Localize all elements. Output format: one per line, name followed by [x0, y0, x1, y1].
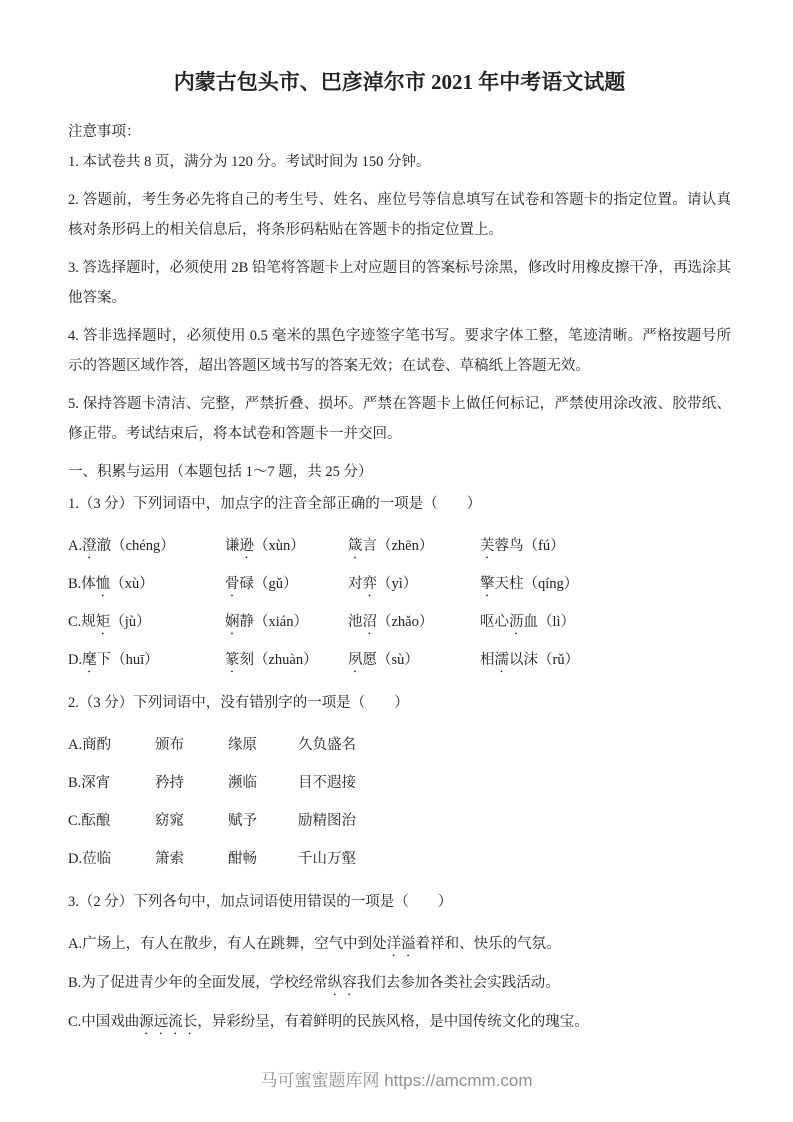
option-row: D.莅临箫索酣畅千山万壑 [68, 844, 731, 875]
word-pre: 相 [480, 652, 495, 668]
option-cell: 励精图治 [298, 806, 356, 837]
option-list: A.商酌颁布缘原久负盛名B.深宵矜持濒临目不遐接C.酝酿窈窕赋予励精图治D.莅临… [68, 730, 731, 875]
word-post: 愿（sù） [363, 652, 419, 668]
option-label: C. [68, 1014, 81, 1030]
option-cell: 缘原 [228, 730, 298, 761]
option-cell: 久负盛名 [298, 730, 356, 761]
emphasized-text: 沥 [509, 614, 524, 630]
emphasized-text: 擎 [480, 576, 495, 592]
question-stem: 1.（3 分）下列词语中，加点字的注音全部正确的一项是（ ） [68, 489, 731, 519]
word-pre: 励精图治 [298, 813, 356, 829]
word-pre: 酝酿 [81, 813, 110, 829]
word-pre: 箫索 [155, 851, 184, 867]
option-cell: 濒临 [228, 768, 298, 799]
word-pre: 体 [81, 576, 96, 592]
note-item: 4. 答非选择题时，必须使用 0.5 毫米的黑色字迹签字笔书写。要求字体工整，笔… [68, 321, 731, 381]
word-post: 以沫（rǔ） [509, 652, 579, 668]
option-cell: 芙蓉鸟（fú） [480, 531, 565, 562]
page-title: 内蒙古包头市、巴彦淖尔市 2021 年中考语文试题 [68, 67, 731, 97]
word-post: （xùn） [254, 538, 305, 554]
option-label: A. [68, 936, 82, 952]
word-post: （zhǎo） [377, 614, 433, 630]
option-cell: B.体恤（xù） [68, 569, 225, 600]
questions: 1.（3 分）下列词语中，加点字的注音全部正确的一项是（ ）A.澄澈（chéng… [68, 489, 731, 1038]
word-post: 澈（chéng） [97, 538, 175, 554]
question-stem: 3.（2 分）下列各句中，加点词语使用错误的一项是（ ） [68, 887, 731, 917]
option-row: A.广场上，有人在散步，有人在跳舞，空气中到处洋溢着祥和、快乐的气氛。 [68, 929, 731, 960]
word-post: 下（huī） [97, 652, 159, 668]
option-cell: 箫索 [155, 844, 228, 875]
word-post: 静（xián） [240, 614, 308, 630]
word-post: （yì） [377, 576, 417, 592]
note-item: 3. 答选择题时，必须使用 2B 铅笔将答题卡上对应题目的答案标号涂黑，修改时用… [68, 253, 731, 313]
option-label: B. [68, 775, 81, 791]
option-label: C. [68, 813, 81, 829]
sentence-post: ，异彩纷呈，有着鲜明的民族风格，是中国传统文化的瑰宝。 [197, 1014, 589, 1030]
emphasized-text: 恤 [96, 576, 111, 592]
word-pre: 千山万壑 [298, 851, 356, 867]
option-label: D. [68, 652, 82, 668]
word-post: 天柱（qíng） [495, 576, 579, 592]
notes-list: 1. 本试卷共 8 页，满分为 120 分。考试时间为 150 分钟。2. 答题… [68, 147, 731, 449]
option-cell: C.酝酿 [68, 806, 155, 837]
question-block: 1.（3 分）下列词语中，加点字的注音全部正确的一项是（ ）A.澄澈（chéng… [68, 489, 731, 676]
option-cell: 千山万壑 [298, 844, 356, 875]
question-stem: 2.（3 分）下列词语中，没有错别字的一项是（ ） [68, 688, 731, 718]
option-cell: 箴言（zhēn） [348, 531, 480, 562]
option-label: A. [68, 737, 82, 753]
emphasized-text: 洋溢 [387, 936, 416, 952]
word-post: 蓉鸟（fú） [495, 538, 565, 554]
word-pre: 呕心 [480, 614, 509, 630]
option-cell: 窈窕 [155, 806, 228, 837]
emphasized-text: 澄 [82, 538, 97, 554]
word-pre: 濒临 [228, 775, 257, 791]
emphasized-text: 源远流长 [139, 1014, 197, 1030]
option-cell: 赋予 [228, 806, 298, 837]
word-post: 刻（zhuàn） [240, 652, 318, 668]
option-cell: B.深宵 [68, 768, 155, 799]
option-row: A.商酌颁布缘原久负盛名 [68, 730, 731, 761]
option-cell: A.商酌 [68, 730, 155, 761]
emphasized-text: 麾 [82, 652, 97, 668]
note-item: 5. 保持答题卡清洁、完整，严禁折叠、损坏。严禁在答题卡上做任何标记，严禁使用涂… [68, 389, 731, 449]
sentence-post: 着祥和、快乐的气氛。 [416, 936, 561, 952]
option-row: A.澄澈（chéng）谦逊（xùn）箴言（zhēn）芙蓉鸟（fú） [68, 531, 731, 562]
emphasized-text: 矩 [96, 614, 111, 630]
option-cell: 呕心沥血（lì） [480, 607, 575, 638]
option-row: C.中国戏曲源远流长，异彩纷呈，有着鲜明的民族风格，是中国传统文化的瑰宝。 [68, 1007, 731, 1038]
option-row: B.深宵矜持濒临目不遐接 [68, 768, 731, 799]
option-cell: 擎天柱（qíng） [480, 569, 578, 600]
question-block: 3.（2 分）下列各句中，加点词语使用错误的一项是（ ）A.广场上，有人在散步，… [68, 887, 731, 1038]
option-cell: 酣畅 [228, 844, 298, 875]
word-post: 言（zhēn） [363, 538, 434, 554]
word-pre: 矜持 [155, 775, 184, 791]
emphasized-text: 夙 [348, 652, 363, 668]
word-post: （xù） [110, 576, 154, 592]
word-pre: 深宵 [81, 775, 110, 791]
word-pre: 久负盛名 [298, 737, 356, 753]
word-pre: 酣畅 [228, 851, 257, 867]
option-cell: 骨碌（gǔ） [225, 569, 348, 600]
watermark: 马可蜜蜜题库网 https://amcmm.com [0, 1066, 793, 1096]
option-cell: 夙愿（sù） [348, 645, 480, 676]
sentence-pre: 广场上，有人在散步，有人在跳舞，空气中到处 [82, 936, 387, 952]
option-row: B.为了促进青少年的全面发展，学校经常纵容我们去参加各类社会实践活动。 [68, 968, 731, 999]
option-cell: 目不遐接 [298, 768, 356, 799]
word-pre: 缘原 [228, 737, 257, 753]
word-pre: 池 [348, 614, 363, 630]
option-cell: D.莅临 [68, 844, 155, 875]
word-pre: 窈窕 [155, 813, 184, 829]
option-label: B. [68, 975, 81, 991]
word-pre: 莅临 [82, 851, 111, 867]
word-pre: 目不遐接 [298, 775, 356, 791]
word-post: 血（lì） [524, 614, 576, 630]
note-item: 1. 本试卷共 8 页，满分为 120 分。考试时间为 150 分钟。 [68, 147, 731, 177]
option-cell: 相濡以沫（rǔ） [480, 645, 579, 676]
option-list: A.澄澈（chéng）谦逊（xùn）箴言（zhēn）芙蓉鸟（fú）B.体恤（xù… [68, 531, 731, 676]
emphasized-text: 濡 [495, 652, 510, 668]
option-cell: A.澄澈（chéng） [68, 531, 225, 562]
word-pre: 商酌 [82, 737, 111, 753]
note-item: 2. 答题前，考生务必先将自己的考生号、姓名、座位号等信息填写在试卷和答题卡的指… [68, 185, 731, 245]
option-cell: 对弈（yì） [348, 569, 480, 600]
sentence-post: 我们去参加各类社会实践活动。 [357, 975, 560, 991]
option-list: A.广场上，有人在散步，有人在跳舞，空气中到处洋溢着祥和、快乐的气氛。B.为了促… [68, 929, 731, 1038]
emphasized-text: 逊 [240, 538, 255, 554]
exam-page: 内蒙古包头市、巴彦淖尔市 2021 年中考语文试题 注意事项： 1. 本试卷共 … [0, 0, 793, 1122]
word-pre: 规 [81, 614, 96, 630]
word-pre: 颁布 [155, 737, 184, 753]
option-cell: 颁布 [155, 730, 228, 761]
option-row: C.酝酿窈窕赋予励精图治 [68, 806, 731, 837]
word-pre: 对 [348, 576, 363, 592]
option-label: C. [68, 614, 81, 630]
notes-heading: 注意事项： [68, 117, 731, 147]
section-heading: 一、积累与运用（本题包括 1～7 题，共 25 分） [68, 457, 731, 487]
option-cell: D.麾下（huī） [68, 645, 225, 676]
sentence-pre: 中国戏曲 [81, 1014, 139, 1030]
emphasized-text: 芙 [480, 538, 495, 554]
option-cell: 谦逊（xùn） [225, 531, 348, 562]
emphasized-text: 箴 [348, 538, 363, 554]
sentence-pre: 为了促进青少年的全面发展，学校经常 [81, 975, 328, 991]
word-pre: 谦 [225, 538, 240, 554]
emphasized-text: 纵容 [328, 975, 357, 991]
emphasized-text: 娴 [225, 614, 240, 630]
word-pre: 赋予 [228, 813, 257, 829]
emphasized-text: 篆 [225, 652, 240, 668]
option-cell: C.规矩（jù） [68, 607, 225, 638]
emphasized-text: 骨 [225, 576, 240, 592]
option-cell: 娴静（xián） [225, 607, 348, 638]
option-row: B.体恤（xù）骨碌（gǔ）对弈（yì）擎天柱（qíng） [68, 569, 731, 600]
option-label: A. [68, 538, 82, 554]
option-label: B. [68, 576, 81, 592]
option-cell: 篆刻（zhuàn） [225, 645, 348, 676]
word-post: （jù） [110, 614, 150, 630]
option-cell: 池沼（zhǎo） [348, 607, 480, 638]
option-row: C.规矩（jù）娴静（xián）池沼（zhǎo）呕心沥血（lì） [68, 607, 731, 638]
question-block: 2.（3 分）下列词语中，没有错别字的一项是（ ）A.商酌颁布缘原久负盛名B.深… [68, 688, 731, 875]
option-cell: 矜持 [155, 768, 228, 799]
emphasized-text: 沼 [363, 614, 378, 630]
word-post: 碌（gǔ） [240, 576, 298, 592]
emphasized-text: 弈 [363, 576, 378, 592]
option-row: D.麾下（huī）篆刻（zhuàn）夙愿（sù）相濡以沫（rǔ） [68, 645, 731, 676]
option-label: D. [68, 851, 82, 867]
